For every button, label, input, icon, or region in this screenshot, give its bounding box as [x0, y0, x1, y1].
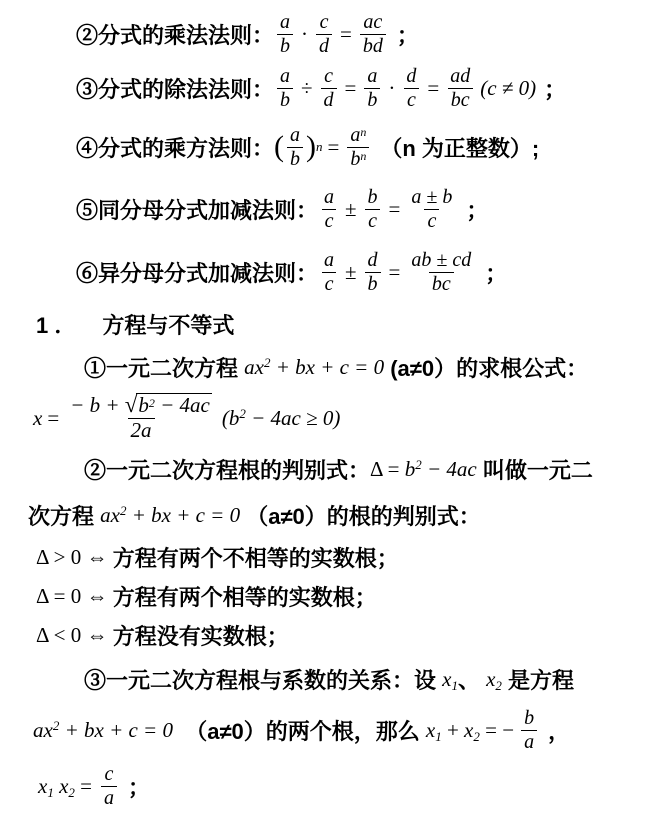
- case-text: 方程有两个不相等的实数根；: [113, 542, 399, 573]
- semicolon: ；: [466, 194, 488, 225]
- fraction-numerator: ad: [447, 65, 473, 87]
- fraction-numerator: − b + √b2 − 4ac: [67, 393, 215, 418]
- fraction: acbd: [360, 11, 386, 57]
- continuation-text: 是方程: [502, 664, 574, 695]
- fraction: ba: [521, 707, 537, 753]
- fraction-numerator: a: [277, 65, 293, 87]
- radical-body: b2 − 4ac: [136, 393, 212, 418]
- semicolon: ；: [128, 771, 150, 802]
- semicolon: ；: [485, 257, 507, 288]
- rule-fraction-division: ③分式的除法法则： ab ÷ cd = ab · dc = adbc (c ≠ …: [0, 60, 662, 116]
- rule-different-denominator-addsub: ⑥异分母分式加减法则： ac ± db = ab ± cdbc ；: [0, 240, 662, 304]
- fraction: ca: [101, 763, 117, 809]
- case-text: 方程没有实数根；: [113, 620, 289, 651]
- left-paren: (: [274, 132, 284, 162]
- discriminant-zero-case: Δ = 0 ⇔ 方程有两个相等的实数根；: [0, 577, 662, 616]
- fraction-denominator: b: [364, 88, 380, 111]
- equals-operator: =: [389, 197, 401, 222]
- document-page: ②分式的乘法法则： ab · cd = acbd ； ③分式的除法法则： ab …: [0, 0, 662, 826]
- fraction-denominator: b: [365, 272, 381, 295]
- equals-operator: =: [427, 76, 439, 101]
- rule-label: ③分式的除法法则：: [76, 73, 274, 104]
- plus-minus-operator: ±: [345, 260, 357, 285]
- fraction-numerator: a: [364, 65, 380, 87]
- fraction: ac: [321, 186, 337, 232]
- equals-operator: =: [75, 774, 92, 799]
- fraction-numerator: c: [321, 65, 336, 87]
- math-text: ax2 + bx + c = 0: [33, 718, 173, 743]
- section-title: 方程与不等式: [102, 309, 234, 340]
- case-text: 方程有两个相等的实数根；: [113, 581, 377, 612]
- equals-minus: = −: [480, 718, 514, 743]
- math-text: b2 − 4ac: [405, 457, 477, 482]
- rule-label: ④分式的乘方法则：: [76, 132, 274, 163]
- delta-condition: Δ = 0 ⇔: [36, 584, 113, 609]
- root-x1: x1: [442, 667, 458, 692]
- fraction-denominator: bn: [347, 147, 369, 170]
- fraction: ac: [321, 249, 337, 295]
- fraction: ab ± cdbc: [408, 249, 474, 295]
- rule-fraction-power: ④分式的乘方法则： ( ab ) n = anbn （n 为正整数）;: [0, 116, 662, 178]
- minus-b-plus: − b +: [70, 393, 125, 417]
- section-number: 1 ．: [36, 309, 76, 340]
- delta-equals: Δ =: [370, 457, 405, 482]
- fraction: − b + √b2 − 4ac 2a: [67, 393, 215, 442]
- exponent-n: n: [360, 125, 366, 139]
- rule-label: ⑥异分母分式加减法则：: [76, 257, 318, 288]
- rule-label: ⑤同分母分式加减法则：: [76, 194, 318, 225]
- fraction: ab: [287, 124, 303, 170]
- fraction: dc: [403, 65, 419, 111]
- discriminant-intro-cont: 次方程 ax2 + bx + c = 0 （a≠0）的根的判别式：: [0, 492, 662, 538]
- fraction-numerator: b: [521, 707, 537, 729]
- right-paren: ): [306, 132, 316, 162]
- condition-and-label: （a≠0）的根的判别式：: [240, 500, 481, 531]
- vieta-sum: ax2 + bx + c = 0 （a≠0）的两个根，那么 x1 + x2 = …: [0, 703, 662, 757]
- fraction-denominator: c: [404, 88, 419, 111]
- math-text: ax2 + bx + c = 0: [100, 503, 240, 528]
- discriminant-positive-case: Δ > 0 ⇔ 方程有两个不相等的实数根；: [0, 538, 662, 577]
- fraction: cd: [316, 11, 332, 57]
- multiply-dot-operator: ·: [301, 22, 308, 47]
- equals-operator: =: [340, 22, 352, 47]
- equals-operator: =: [389, 260, 401, 285]
- quadratic-root-formula: x = − b + √b2 − 4ac 2a (b2 − 4ac ≥ 0): [0, 390, 662, 446]
- semicolon: ；: [397, 19, 419, 50]
- multiply-dot-operator: ·: [388, 76, 395, 101]
- math-text: ax2 + bx + c = 0: [244, 355, 384, 380]
- fraction: ab: [277, 11, 293, 57]
- condition-text: (b2 − 4ac ≥ 0): [222, 406, 341, 431]
- root-x1: x1: [38, 774, 54, 799]
- rule-fraction-multiplication: ②分式的乘法法则： ab · cd = acbd ；: [0, 8, 662, 60]
- fraction-denominator: 2a: [128, 418, 155, 443]
- fraction-numerator: an: [347, 124, 369, 146]
- radical: √b2 − 4ac: [125, 393, 212, 418]
- fraction-numerator: d: [403, 65, 419, 87]
- base: a: [350, 124, 360, 146]
- condition-and-text: （a≠0）的两个根，那么: [173, 715, 426, 746]
- fraction-numerator: d: [365, 249, 381, 271]
- fraction-numerator: ab ± cd: [408, 249, 474, 271]
- fraction-denominator: c: [424, 209, 439, 232]
- exponent-n: n: [360, 149, 366, 163]
- intro-text: ③一元二次方程根与系数的关系：设: [84, 664, 442, 695]
- section-heading-equations-inequalities: 1 ． 方程与不等式: [0, 304, 662, 344]
- root-x2: x2: [59, 774, 75, 799]
- vieta-intro: ③一元二次方程根与系数的关系：设 x1 、 x2 是方程: [0, 655, 662, 703]
- fraction-denominator: bd: [360, 34, 386, 57]
- fraction: a ± bc: [408, 186, 455, 232]
- divide-operator: ÷: [301, 76, 313, 101]
- vieta-product: x1 x2 = ca ；: [0, 757, 662, 815]
- semicolon: ；: [544, 73, 566, 104]
- fraction-numerator: c: [317, 11, 332, 33]
- intro-text: ①一元二次方程: [84, 352, 244, 383]
- fraction-numerator: a ± b: [408, 186, 455, 208]
- fraction-denominator: c: [322, 272, 337, 295]
- delta-condition: Δ > 0 ⇔: [36, 545, 113, 570]
- fraction-denominator: bc: [448, 88, 473, 111]
- fraction-denominator: bc: [429, 272, 454, 295]
- fraction: ab: [364, 65, 380, 111]
- fraction-numerator: a: [287, 124, 303, 146]
- fraction-denominator: c: [365, 209, 380, 232]
- fraction: adbc: [447, 65, 473, 111]
- quadratic-formula-intro: ①一元二次方程 ax2 + bx + c = 0 (a≠0）的求根公式：: [0, 344, 662, 390]
- rule-same-denominator-addsub: ⑤同分母分式加减法则： ac ± bc = a ± bc ；: [0, 178, 662, 240]
- fraction-denominator: d: [321, 88, 337, 111]
- rule-label: ②分式的乘法法则：: [76, 19, 274, 50]
- fraction-denominator: b: [277, 34, 293, 57]
- continuation-text: 叫做一元二: [477, 454, 593, 485]
- discriminant-intro: ②一元二次方程根的判别式： Δ = b2 − 4ac 叫做一元二: [0, 446, 662, 492]
- fraction-numerator: c: [102, 763, 117, 785]
- fraction: bc: [365, 186, 381, 232]
- fraction-denominator: d: [316, 34, 332, 57]
- continuation-text: 次方程: [28, 500, 100, 531]
- fraction-denominator: c: [322, 209, 337, 232]
- equals-operator: =: [345, 76, 357, 101]
- discriminant-negative-case: Δ < 0 ⇔ 方程没有实数根；: [0, 616, 662, 655]
- fraction-numerator: a: [321, 186, 337, 208]
- plus-operator: +: [442, 718, 464, 743]
- enumeration-comma: 、: [458, 664, 486, 695]
- fraction-denominator: b: [277, 88, 293, 111]
- fraction-numerator: ac: [360, 11, 385, 33]
- variable-x: x: [33, 406, 42, 431]
- fraction: db: [365, 249, 381, 295]
- root-x2: x2: [486, 667, 502, 692]
- fraction: cd: [321, 65, 337, 111]
- comma: ，: [548, 715, 570, 746]
- equals-operator: =: [328, 135, 340, 160]
- fraction-numerator: b: [365, 186, 381, 208]
- fraction-denominator: a: [521, 730, 537, 753]
- condition-text: (c ≠ 0): [480, 76, 536, 101]
- plus-minus-operator: ±: [345, 197, 357, 222]
- note-text: （n 为正整数）;: [380, 132, 539, 163]
- delta-condition: Δ < 0 ⇔: [36, 623, 113, 648]
- intro-text: ②一元二次方程根的判别式：: [84, 454, 370, 485]
- equals-operator: =: [47, 406, 59, 431]
- root-x1: x1: [426, 718, 442, 743]
- root-x2: x2: [464, 718, 480, 743]
- fraction: ab: [277, 65, 293, 111]
- fraction-numerator: a: [321, 249, 337, 271]
- fraction-numerator: a: [277, 11, 293, 33]
- base: b: [350, 148, 360, 170]
- fraction-denominator: a: [101, 786, 117, 809]
- condition-and-label: (a≠0）的求根公式：: [384, 352, 588, 383]
- fraction-denominator: b: [287, 147, 303, 170]
- fraction: anbn: [347, 124, 369, 170]
